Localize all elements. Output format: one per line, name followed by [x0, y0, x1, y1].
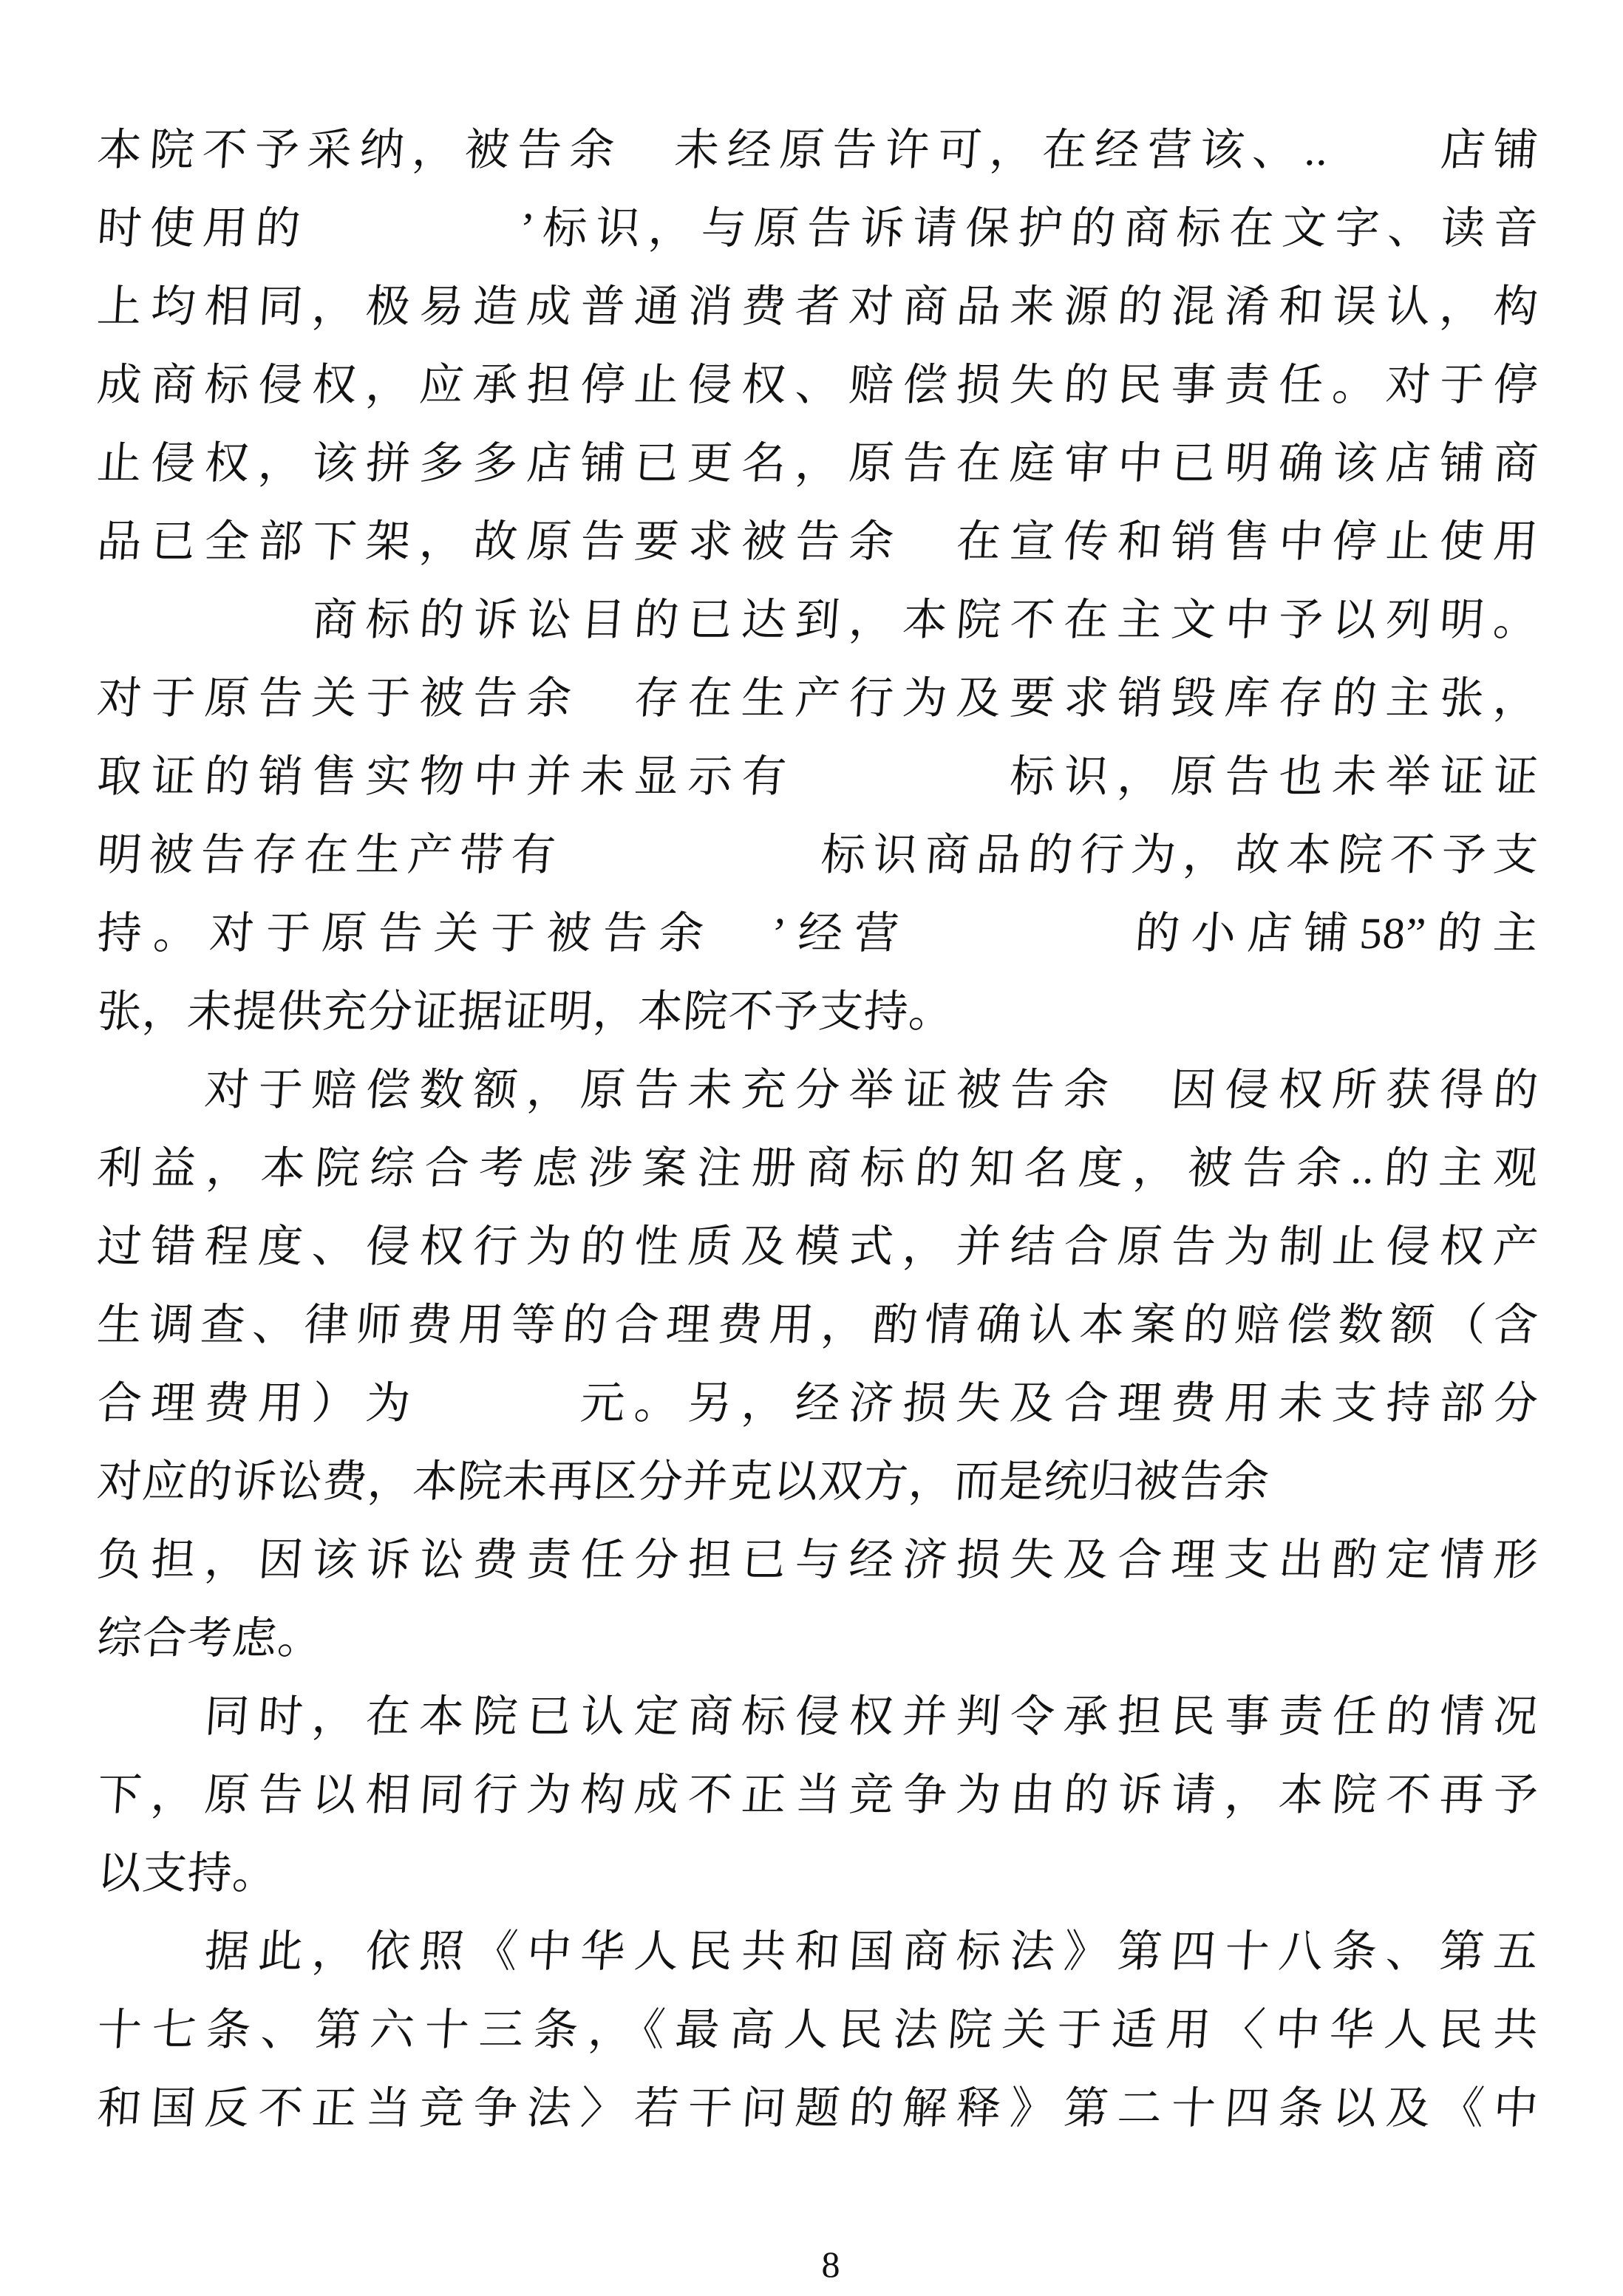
text-line: 对应的诉讼费，本院未再区分并克以双方，而是统归被告余 [95, 1442, 1541, 1521]
text-line: 合理费用）为 元。另，经济损失及合理费用未支持部分 [95, 1364, 1541, 1442]
text-line: 对于原告关于被告余 存在生产行为及要求销毁库存的主张， [95, 659, 1541, 737]
text-line: 过错程度、侵权行为的性质及模式，并结合原告为制止侵权产 [95, 1207, 1541, 1286]
text-line: 时使用的 ’标识，与原告诉请保护的商标在文字、读音 [95, 189, 1541, 268]
text-line: 持。对于原告关于被告余 ’经营 的小店铺58”的主 [95, 894, 1541, 972]
text-line: 成商标侵权，应承担停止侵权、赔偿损失的民事责任。对于停 [95, 346, 1541, 424]
text-line: 品已全部下架，故原告要求被告余 在宣传和销售中停止使用 [95, 503, 1541, 581]
text-line: 利益，本院综合考虑涉案注册商标的知名度，被告余..的主观 [95, 1129, 1541, 1207]
document-page: 本院不予采纳，被告余 未经原告许可，在经营该、.. 店铺时使用的 ’标识，与原告… [0, 0, 1623, 2296]
text-line: 同时，在本院已认定商标侵权并判令承担民事责任的情况 [95, 1677, 1541, 1756]
text-line: 和国反不正当竞争法〉若干问题的解释》第二十四条以及《中 [95, 2069, 1541, 2147]
text-line: 据此，依照《中华人民共和国商标法》第四十八条、第五 [95, 1912, 1541, 1991]
text-line: 取证的销售实物中并未显示有 标识，原告也未举证证 [95, 737, 1541, 816]
text-line: 对于赔偿数额，原告未充分举证被告余 因侵权所获得的 [95, 1051, 1541, 1129]
text-line: 生调查、律师费用等的合理费用，酌情确认本案的赔偿数额（含 [95, 1286, 1541, 1364]
text-line: 商标的诉讼目的已达到，本院不在主文中予以列明。 [95, 581, 1541, 659]
text-line: 本院不予采纳，被告余 未经原告许可，在经营该、.. 店铺 [95, 111, 1541, 189]
text-line: 明被告存在生产带有 标识商品的行为，故本院不予支 [95, 816, 1541, 894]
text-line: 十七条、第六十三条，《最高人民法院关于适用〈中华人民共 [95, 1991, 1541, 2069]
text-line: 上均相同，极易造成普通消费者对商品来源的混淆和误认，构 [95, 268, 1541, 346]
text-line: 下，原告以相同行为构成不正当竞争为由的诉请，本院不再予 [95, 1756, 1541, 1834]
text-line: 止侵权，该拼多多店铺已更名，原告在庭审中已明确该店铺商 [95, 424, 1541, 503]
text-line: 张，未提供充分证据证明，本院不予支持。 [95, 972, 1541, 1051]
document-body: 本院不予采纳，被告余 未经原告许可，在经营该、.. 店铺时使用的 ’标识，与原告… [95, 111, 1536, 2147]
text-line: 以支持。 [95, 1834, 1541, 1912]
page-number: 8 [19, 2242, 1623, 2286]
text-line: 负担，因该诉讼费责任分担已与经济损失及合理支出酌定情形 [95, 1521, 1541, 1599]
text-line: 综合考虑。 [95, 1599, 1541, 1677]
